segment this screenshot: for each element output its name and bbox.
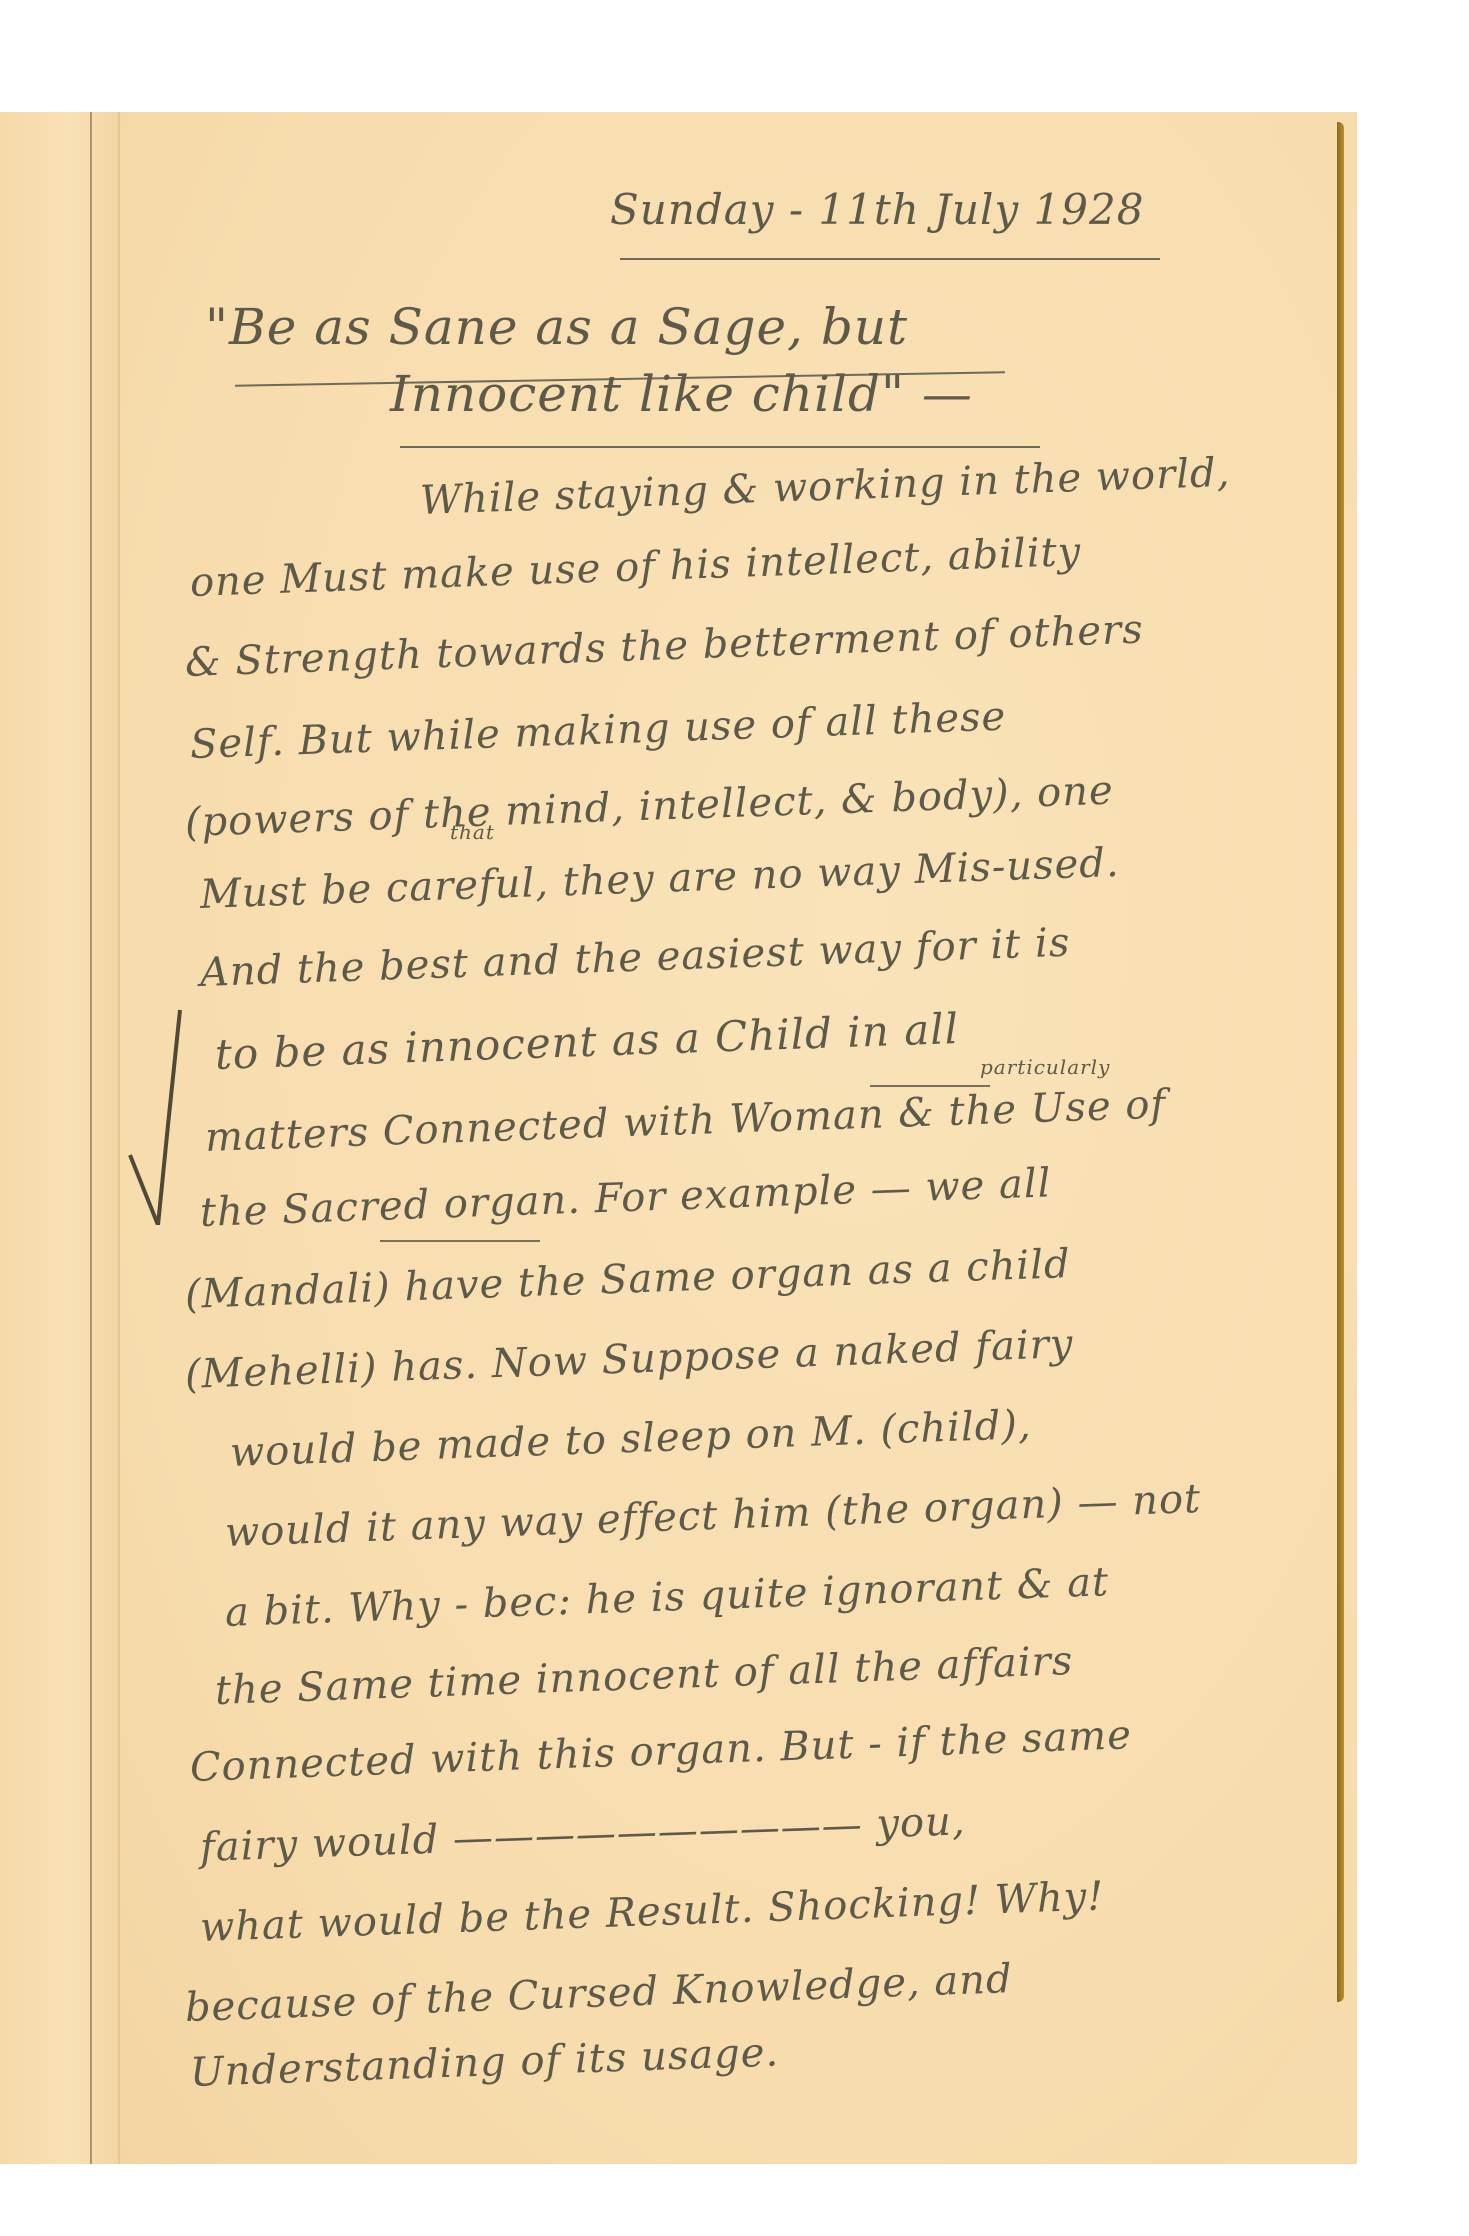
organ-underline bbox=[380, 1240, 540, 1242]
child-underline bbox=[870, 1085, 990, 1087]
date-underline bbox=[620, 258, 1160, 260]
insertion-that: that bbox=[450, 820, 495, 844]
insertion-particularly: particularly bbox=[980, 1055, 1110, 1079]
quote-title-line2: Innocent like child" — bbox=[390, 365, 973, 423]
title-underline-2 bbox=[400, 446, 1040, 448]
letter-date: Sunday - 11th July 1928 bbox=[610, 185, 1144, 234]
margin-checkmark-icon bbox=[128, 1005, 198, 1225]
quote-title-line1: "Be as Sane as a Sage, but bbox=[205, 298, 908, 356]
page-edge-shadow bbox=[1337, 122, 1344, 2002]
fold-crease bbox=[90, 112, 92, 2164]
folded-left-strip bbox=[0, 112, 120, 2164]
